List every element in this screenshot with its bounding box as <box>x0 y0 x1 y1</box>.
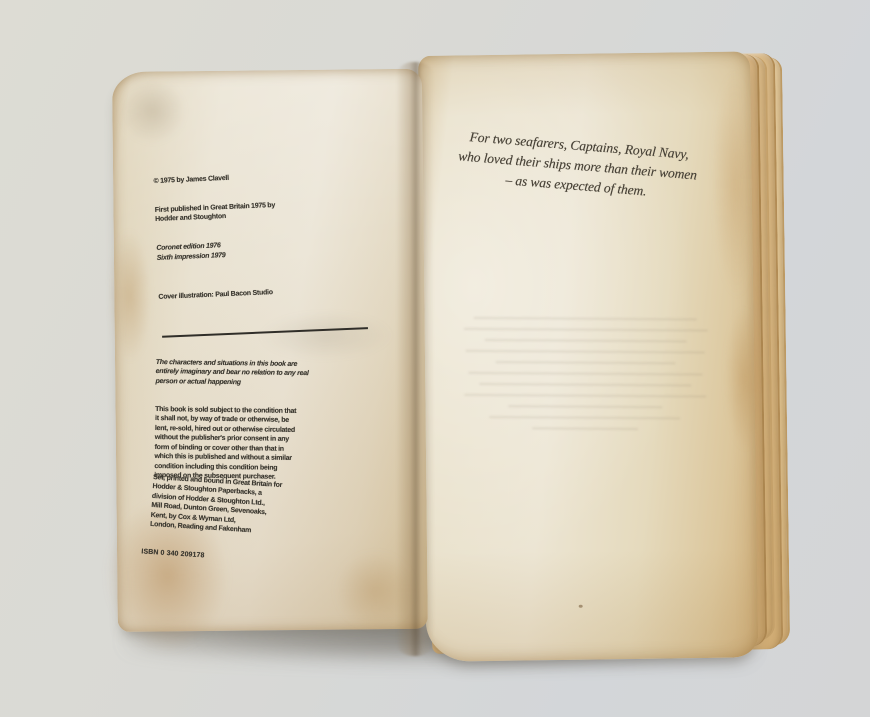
foxing-stain-left-edge <box>107 228 152 363</box>
foxing-stain-top-left <box>118 77 187 145</box>
text-showthrough <box>452 307 718 439</box>
photo-scene: © 1975 by James Clavell First published … <box>0 0 870 717</box>
copyright-line: © 1975 by James Clavell <box>153 166 393 186</box>
copyright-block: © 1975 by James Clavell First published … <box>153 157 400 347</box>
divider-rule <box>162 327 368 338</box>
publisher-lines: First published in Great Britain 1975 by… <box>155 195 396 224</box>
edition-lines: Coronet edition 1976 Sixth impression 19… <box>156 234 397 263</box>
isbn-line: ISBN 0 340 209178 <box>141 547 368 571</box>
printer-paragraph: Set, printed and bound in Great Britain … <box>150 472 373 543</box>
printing-block: Set, printed and bound in Great Britain … <box>147 463 373 581</box>
cover-credit-line: Cover illustration: Paul Bacon Studio <box>158 282 398 302</box>
disclaimer-paragraph: The characters and situations in this bo… <box>155 357 385 389</box>
ink-speck <box>578 605 582 608</box>
